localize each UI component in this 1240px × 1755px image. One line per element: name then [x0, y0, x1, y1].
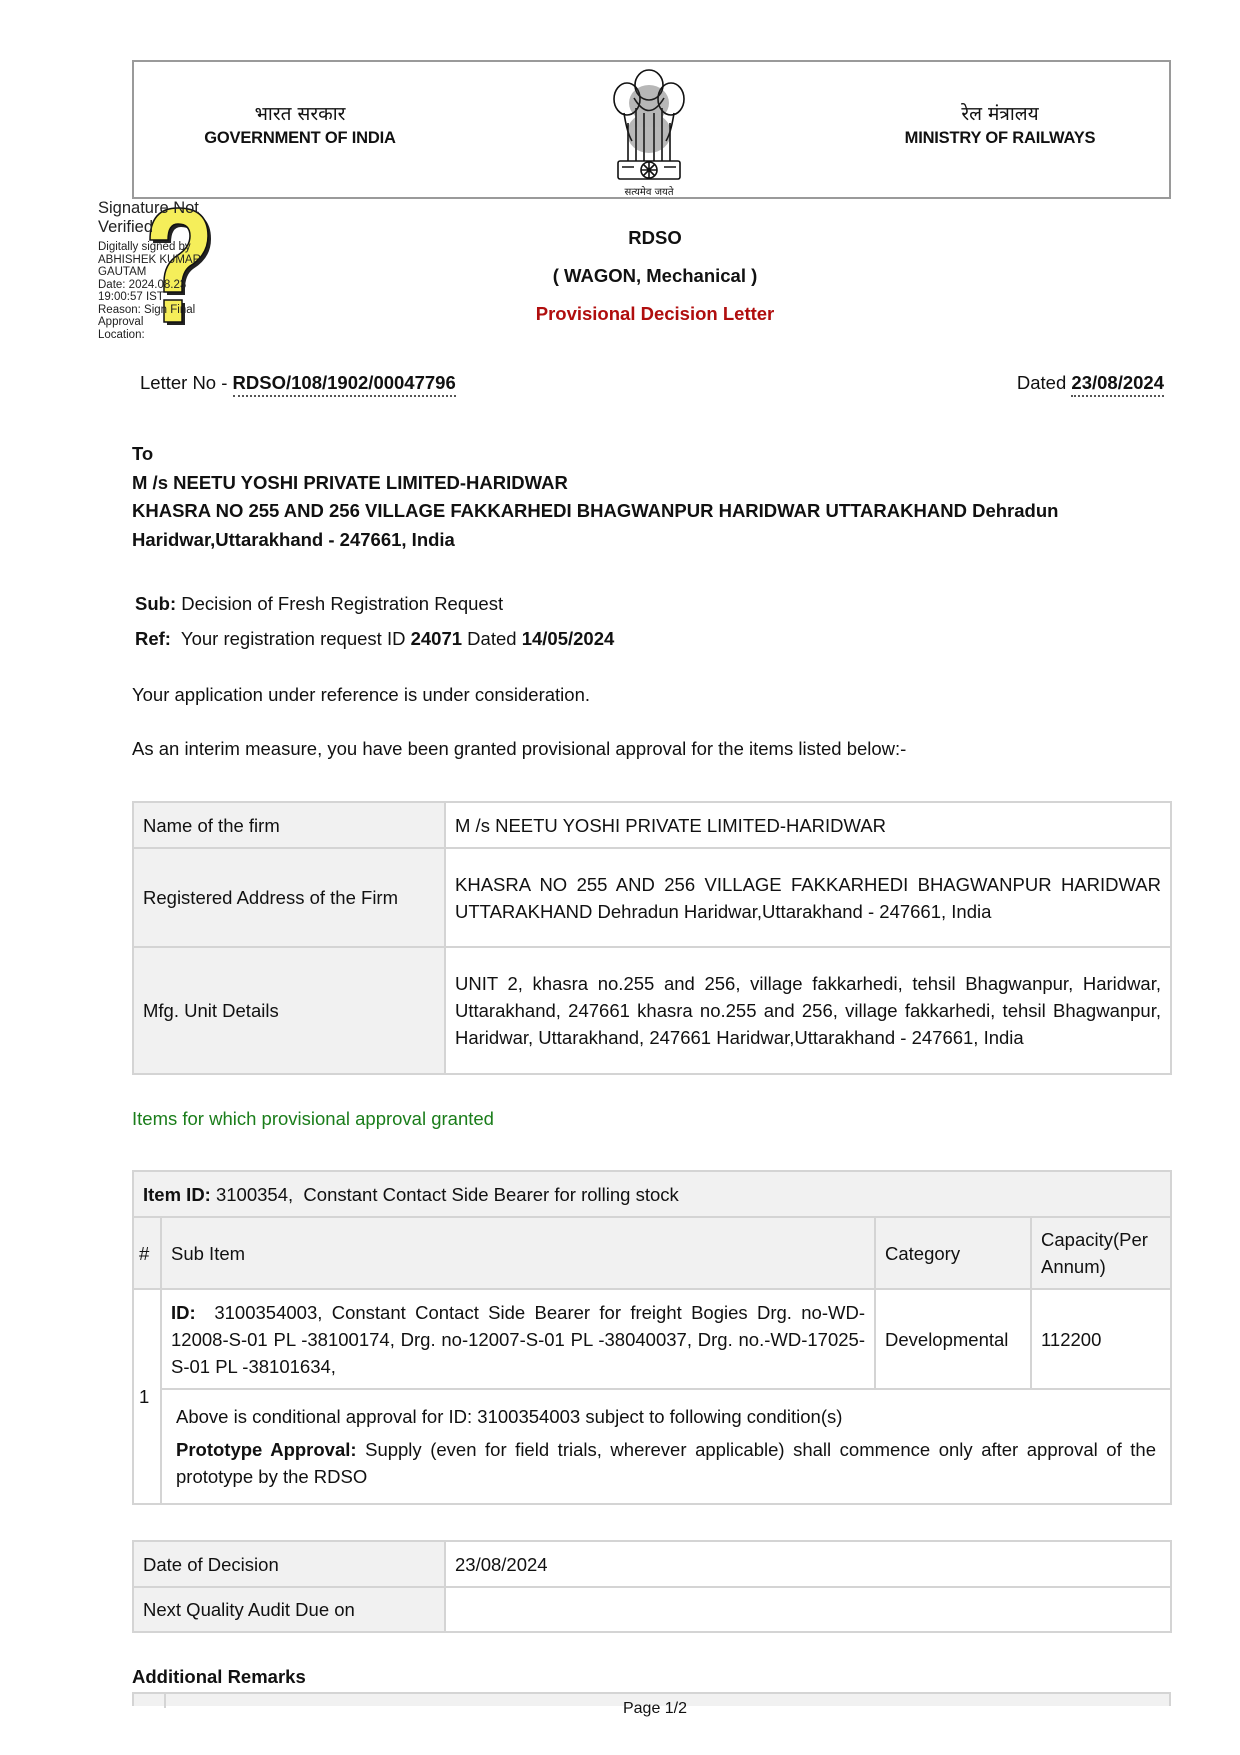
reference-text: Your registration request ID	[171, 628, 411, 649]
directorate-title: ( WAGON, Mechanical )	[0, 265, 1240, 287]
items-heading: Items for which provisional approval gra…	[132, 1108, 494, 1130]
table-row: Name of the firm M /s NEETU YOSHI PRIVAT…	[133, 802, 1171, 848]
to-label: To	[132, 440, 1172, 469]
document-type-title: Provisional Decision Letter	[0, 303, 1240, 325]
ministry-english: MINISTRY OF RAILWAYS	[860, 126, 1140, 150]
col-header-capacity: Capacity(Per Annum)	[1031, 1217, 1171, 1289]
decision-table: Date of Decision 23/08/2024 Next Quality…	[132, 1540, 1172, 1633]
item-id-cell: Item ID: 3100354, Constant Contact Side …	[133, 1171, 1171, 1217]
addressee-address-line1: KHASRA NO 255 AND 256 VILLAGE FAKKARHEDI…	[132, 497, 1172, 526]
sub-item-text: 3100354003, Constant Contact Side Bearer…	[171, 1302, 865, 1377]
decision-date-label: Date of Decision	[133, 1541, 445, 1587]
item-id-text: 3100354, Constant Contact Side Bearer fo…	[211, 1184, 679, 1205]
condition-intro: Above is conditional approval for ID: 31…	[176, 1403, 1156, 1430]
item-table: Item ID: 3100354, Constant Contact Side …	[132, 1170, 1172, 1505]
table-row: 1 ID: 3100354003, Constant Contact Side …	[133, 1289, 1171, 1389]
reference-line: Ref: Your registration request ID 24071 …	[135, 621, 614, 656]
govt-english: GOVERNMENT OF INDIA	[160, 126, 440, 150]
next-audit-label: Next Quality Audit Due on	[133, 1587, 445, 1632]
subject-text: Decision of Fresh Registration Request	[176, 593, 503, 614]
subject-label: Sub:	[135, 593, 176, 614]
column-header-row: # Sub Item Category Capacity(Per Annum)	[133, 1217, 1171, 1289]
govt-hindi: भारत सरकार	[160, 102, 440, 126]
org-title: RDSO	[0, 227, 1240, 249]
addressee-address-line2: Haridwar,Uttarakhand - 247661, India	[132, 526, 1172, 555]
national-emblem-icon: सत्यमेव जयते	[594, 63, 704, 198]
condition-label: Prototype Approval:	[176, 1439, 357, 1460]
registered-address-value: KHASRA NO 255 AND 256 VILLAGE FAKKARHEDI…	[445, 848, 1171, 947]
sub-item-id-label: ID:	[171, 1302, 196, 1323]
signature-detail: Location:	[98, 329, 228, 342]
firm-name-label: Name of the firm	[133, 802, 445, 848]
col-header-category: Category	[875, 1217, 1031, 1289]
reference-label: Ref:	[135, 628, 171, 649]
condition-row: Above is conditional approval for ID: 31…	[133, 1389, 1171, 1504]
additional-remarks-heading: Additional Remarks	[132, 1666, 306, 1688]
registered-address-label: Registered Address of the Firm	[133, 848, 445, 947]
table-row: Date of Decision 23/08/2024	[133, 1541, 1171, 1587]
page-number: Page 1/2	[0, 1700, 1240, 1718]
mfg-unit-label: Mfg. Unit Details	[133, 947, 445, 1074]
mfg-unit-value: UNIT 2, khasra no.255 and 256, village f…	[445, 947, 1171, 1074]
reference-date: 14/05/2024	[522, 628, 615, 649]
emblem-motto: सत्यमेव जयते	[594, 184, 704, 198]
addressee-firm: M /s NEETU YOSHI PRIVATE LIMITED-HARIDWA…	[132, 469, 1172, 498]
item-id-row: Item ID: 3100354, Constant Contact Side …	[133, 1171, 1171, 1217]
addressee-block: To M /s NEETU YOSHI PRIVATE LIMITED-HARI…	[132, 440, 1172, 554]
category-cell: Developmental	[875, 1289, 1031, 1389]
row-number: 1	[133, 1289, 161, 1504]
govt-of-india-block: भारत सरकार GOVERNMENT OF INDIA	[160, 102, 440, 150]
letter-date-label: Dated	[1017, 372, 1072, 393]
col-header-sub-item: Sub Item	[161, 1217, 875, 1289]
reference-dated: Dated	[462, 628, 522, 649]
letter-number-label: Letter No -	[140, 372, 233, 393]
col-header-number: #	[133, 1217, 161, 1289]
condition-detail: Prototype Approval: Supply (even for fie…	[176, 1436, 1156, 1490]
sub-item-cell: ID: 3100354003, Constant Contact Side Be…	[161, 1289, 875, 1389]
table-row: Next Quality Audit Due on	[133, 1587, 1171, 1632]
condition-cell: Above is conditional approval for ID: 31…	[161, 1389, 1171, 1504]
signature-detail: 19:00:57 IST	[98, 291, 228, 304]
item-id-label: Item ID:	[143, 1184, 211, 1205]
table-row: Registered Address of the Firm KHASRA NO…	[133, 848, 1171, 947]
letter-date: Dated 23/08/2024	[1017, 372, 1164, 394]
signature-status-line1: Signature Not	[98, 199, 228, 218]
body-paragraph-2: As an interim measure, you have been gra…	[132, 738, 906, 760]
letter-date-value: 23/08/2024	[1071, 372, 1164, 397]
table-row: Mfg. Unit Details UNIT 2, khasra no.255 …	[133, 947, 1171, 1074]
subject-line: Sub: Decision of Fresh Registration Requ…	[135, 586, 614, 621]
letter-number: Letter No - RDSO/108/1902/00047796	[140, 372, 456, 394]
decision-date-value: 23/08/2024	[445, 1541, 1171, 1587]
firm-details-table: Name of the firm M /s NEETU YOSHI PRIVAT…	[132, 801, 1172, 1075]
next-audit-value	[445, 1587, 1171, 1632]
firm-name-value: M /s NEETU YOSHI PRIVATE LIMITED-HARIDWA…	[445, 802, 1171, 848]
ministry-block: रेल मंत्रालय MINISTRY OF RAILWAYS	[860, 102, 1140, 150]
ministry-hindi: रेल मंत्रालय	[860, 102, 1140, 126]
letter-number-value: RDSO/108/1902/00047796	[233, 372, 456, 397]
capacity-cell: 112200	[1031, 1289, 1171, 1389]
reference-id: 24071	[411, 628, 462, 649]
body-paragraph-1: Your application under reference is unde…	[132, 684, 590, 706]
subject-block: Sub: Decision of Fresh Registration Requ…	[135, 586, 614, 656]
